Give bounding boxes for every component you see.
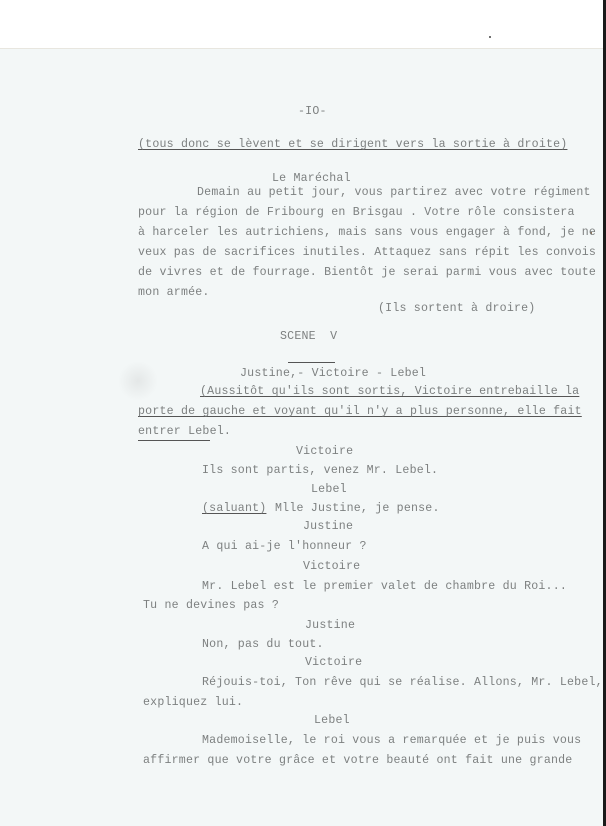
speech-line: mon armée. — [138, 286, 210, 299]
stage-direction: (tous donc se lèvent et se dirigent vers… — [138, 138, 567, 151]
dialogue-line: Tu ne devines pas ? — [143, 599, 279, 612]
speaker-name: Le Maréchal — [272, 172, 351, 185]
paper-speck — [489, 36, 491, 38]
underline — [138, 440, 210, 441]
speaker-name: Victoire — [305, 656, 362, 669]
dialogue-line: Mlle Justine, je pense. — [275, 502, 440, 515]
stage-direction: porte de gauche et voyant qu'il n'y a pl… — [138, 405, 582, 418]
scene-title: SCENE V — [280, 330, 337, 343]
speech-line: veux pas de sacrifices inutiles. Attaque… — [138, 246, 596, 259]
dialogue-line: Mr. Lebel est le premier valet de chambr… — [202, 580, 567, 593]
dialogue-line: A qui ai-je l'honneur ? — [202, 540, 367, 553]
dialogue-line: expliquez lui. — [143, 696, 243, 709]
speaker-name: Lebel — [314, 714, 350, 727]
stage-direction: (saluant) — [202, 502, 266, 515]
speaker-name: Victoire — [303, 560, 360, 573]
dialogue-line: Ils sont partis, venez Mr. Lebel. — [202, 464, 438, 477]
dialogue-line: Mademoiselle, le roi vous a remarquée et… — [202, 734, 581, 747]
speaker-name: Justine — [305, 619, 355, 632]
dialogue-line: affirmer que votre grâce et votre beauté… — [143, 754, 572, 767]
stage-direction: entrer Lebel. — [138, 425, 231, 438]
dialogue-line: Non, pas du tout. — [202, 638, 324, 651]
speech-line: Demain au petit jour, vous partirez avec… — [197, 186, 591, 199]
scene-divider — [288, 362, 335, 363]
scan-top-margin — [0, 0, 606, 48]
speaker-name: Justine — [303, 520, 353, 533]
page-number: -IO- — [298, 105, 327, 118]
paper-stain — [118, 361, 158, 401]
stage-direction: (Aussitôt qu'ils sont sortis, Victoire e… — [200, 385, 579, 398]
speech-line: pour la région de Fribourg en Brisgau . … — [138, 206, 575, 219]
character-list: Justine,- Victoire - Lebel — [240, 367, 426, 380]
speech-line: de vivres et de fourrage. Bientôt je ser… — [138, 266, 596, 279]
stage-direction: (Ils sortent à droire) — [378, 302, 535, 315]
dialogue-line: Réjouis-toi, Ton rêve qui se réalise. Al… — [202, 676, 603, 689]
speech-line: à harceler les autrichiens, mais sans vo… — [138, 226, 596, 239]
speaker-name: Victoire — [296, 445, 353, 458]
speaker-name: Lebel — [311, 483, 347, 496]
typewritten-page — [0, 48, 603, 826]
